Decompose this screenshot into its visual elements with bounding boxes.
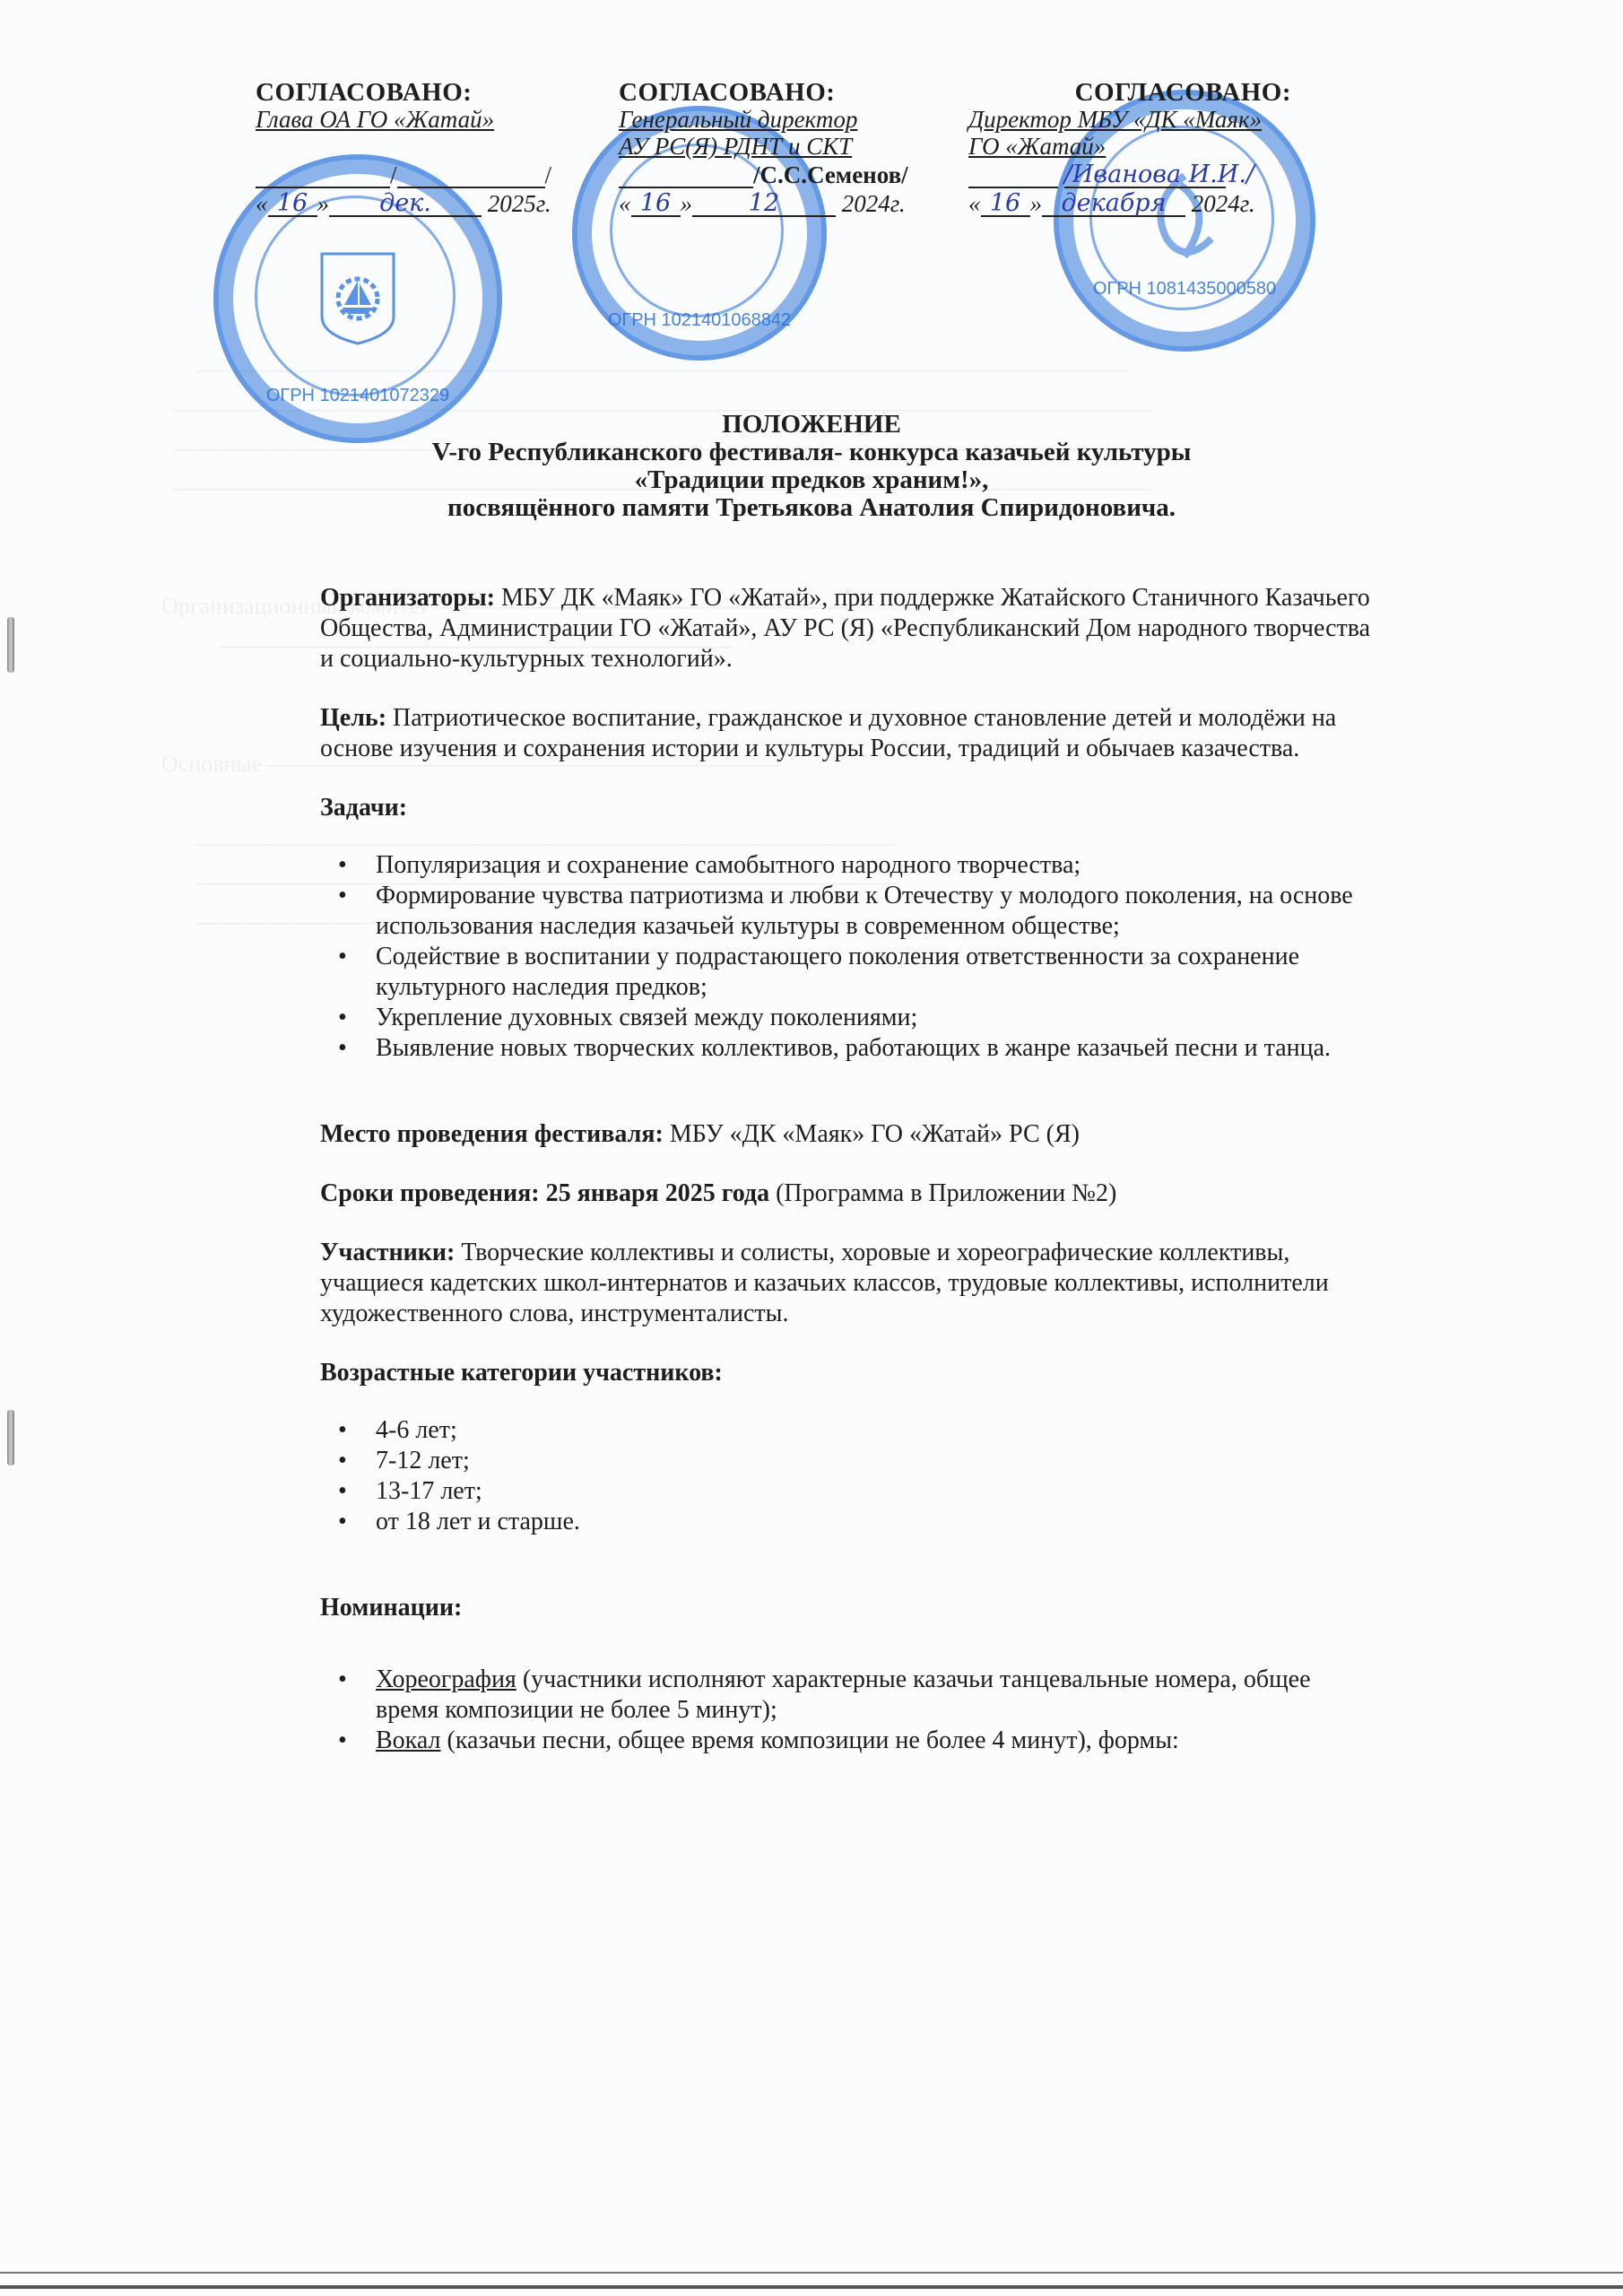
approval-header: СОГЛАСОВАНО: — [619, 79, 915, 106]
approval-role: АУ РС(Я) РДНТ и СКТ — [619, 133, 915, 160]
approval-administration: СОГЛАСОВАНО: Глава ОА ГО «Жатай» // «16»… — [256, 79, 551, 217]
list-item: Выявление новых творческих коллективов, … — [320, 1033, 1378, 1064]
list-item: 7-12 лет; — [320, 1446, 1378, 1476]
title-line: «Традиции предков храним!», — [0, 466, 1623, 494]
signature-line: /С.С.Семенов/ — [619, 161, 915, 188]
document-body: Организаторы: МБУ ДК «Маяк» ГО «Жатай», … — [320, 583, 1378, 1783]
approval-role: Генеральный директор — [619, 106, 915, 133]
tasks-list: Популяризация и сохранение самобытного н… — [320, 850, 1378, 1064]
venue-section: Место проведения фестиваля: МБУ «ДК «Мая… — [320, 1119, 1378, 1150]
approval-role: ГО «Жатай» — [968, 133, 1309, 160]
approval-dk-mayak: СОГЛАСОВАНО: Директор МБУ «ДК «Маяк» ГО … — [968, 79, 1309, 217]
list-item: 13-17 лет; — [320, 1476, 1378, 1507]
participants-section: Участники: Творческие коллективы и солис… — [320, 1238, 1378, 1329]
list-item: 4-6 лет; — [320, 1415, 1378, 1446]
signature-line: // — [256, 161, 551, 188]
nominations-heading: Номинации: — [320, 1593, 1378, 1623]
list-item: от 18 лет и старше. — [320, 1507, 1378, 1537]
list-item: Вокал (казачьи песни, общее время композ… — [320, 1726, 1378, 1756]
stamp-ogrn: ОГРН 1021401068842 — [577, 310, 821, 331]
list-item: Содействие в воспитании у подрастающего … — [320, 942, 1378, 1003]
scan-edge — [0, 2285, 1623, 2289]
document-title: ПОЛОЖЕНИЕ V-го Республиканского фестивал… — [0, 411, 1623, 522]
title-line: ПОЛОЖЕНИЕ — [0, 411, 1623, 439]
approval-rdnt: СОГЛАСОВАНО: Генеральный директор АУ РС(… — [619, 79, 915, 217]
age-categories-list: 4-6 лет; 7-12 лет; 13-17 лет; от 18 лет … — [320, 1415, 1378, 1537]
title-line: посвящённого памяти Третьякова Анатолия … — [0, 494, 1623, 522]
stamp-ogrn: ОГРН 1021401072329 — [219, 386, 497, 406]
approval-signatures: СОГЛАСОВАНО: Глава ОА ГО «Жатай» // «16»… — [0, 79, 1623, 312]
goal-section: Цель: Патриотическое воспитание, граждан… — [320, 703, 1378, 764]
list-item: Формирование чувства патриотизма и любви… — [320, 881, 1378, 942]
dates-section: Сроки проведения: 25 января 2025 года (П… — [320, 1178, 1378, 1209]
approval-role: Глава ОА ГО «Жатай» — [256, 106, 551, 133]
approval-role: Директор МБУ «ДК «Маяк» — [968, 106, 1309, 133]
list-item: Популяризация и сохранение самобытного н… — [320, 850, 1378, 881]
nominations-list: Хореография (участники исполняют характе… — [320, 1665, 1378, 1756]
approval-date: «16»дек. 2025г. — [256, 190, 551, 217]
scanned-document-page: ————————————————————————————————————————… — [0, 0, 1623, 2296]
approval-date: «16»12 2024г. — [619, 190, 915, 217]
approval-header: СОГЛАСОВАНО: — [256, 79, 551, 106]
age-categories-heading: Возрастные категории участников: — [320, 1358, 1378, 1388]
tasks-heading: Задачи: — [320, 793, 1378, 823]
list-item: Хореография (участники исполняют характе… — [320, 1665, 1378, 1726]
binder-hole-mark — [7, 617, 14, 673]
list-item: Укрепление духовных связей между поколен… — [320, 1003, 1378, 1033]
scan-edge — [0, 2272, 1623, 2274]
binder-hole-mark — [7, 1410, 14, 1465]
approval-header: СОГЛАСОВАНО: — [968, 79, 1309, 106]
approval-date: «16»декабря 2024г. — [968, 190, 1309, 217]
organizers-section: Организаторы: МБУ ДК «Маяк» ГО «Жатай», … — [320, 583, 1378, 674]
signature-line: /Иванова И.И./ — [968, 161, 1309, 188]
title-line: V-го Республиканского фестиваля- конкурс… — [0, 439, 1623, 466]
